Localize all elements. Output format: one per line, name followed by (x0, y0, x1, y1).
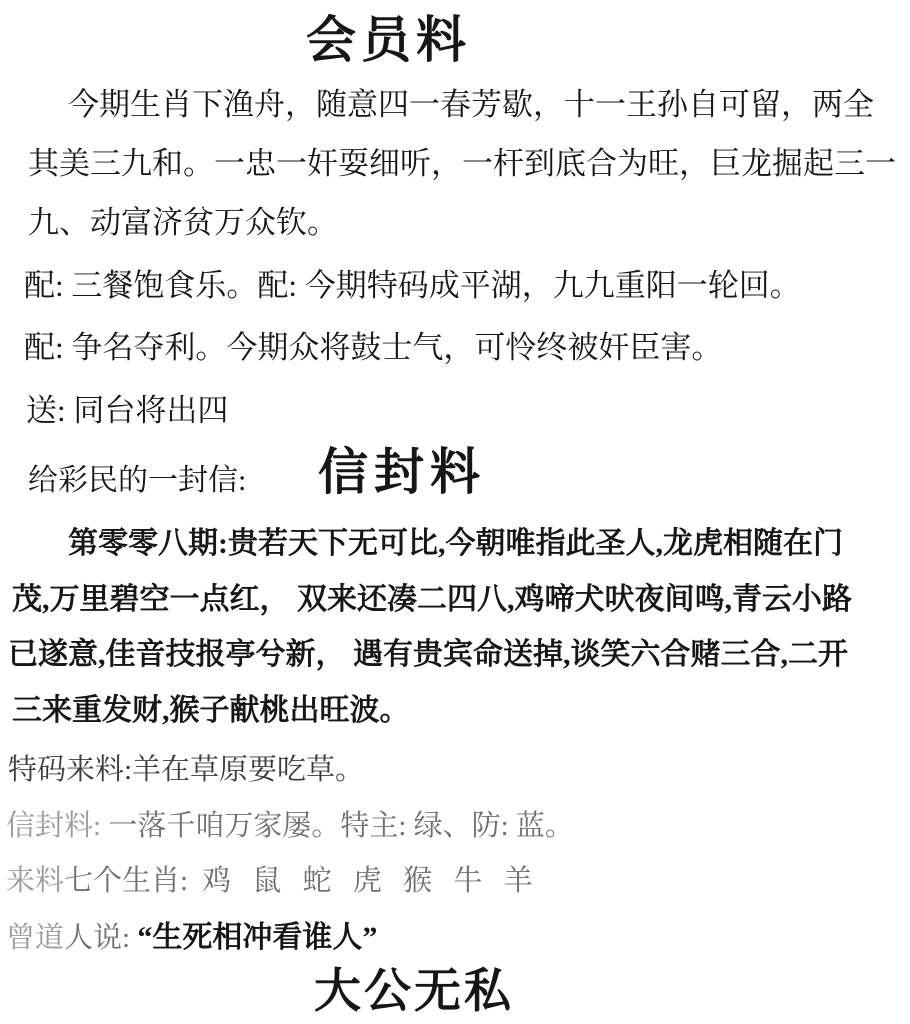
envelope-poem-line-1: 第零零八期:贵若天下无可比,今朝唯指此圣人,龙虎相随在门 (68, 526, 843, 562)
speaker-label: 人说: (64, 922, 137, 954)
envelope-poem-line-3: 已遂意,佳音技报亭兮新， 遇有贵宾命送掉,谈笑六合赌三合,二开 (8, 637, 848, 673)
member-poem-line-3: 九、动富济贫万众钦。 (28, 204, 338, 241)
zodiac-label: 七个生肖: (64, 865, 188, 897)
zodiac-faint-prefix: 来料 (6, 865, 64, 897)
envelope-poem-line-4: 三来重发财,猴子献桃出旺波。 (12, 693, 410, 729)
speaker-quote: “生死相冲看谁人” (137, 921, 377, 954)
xinfeng-line: 信封料: 一落千咱万家屡。特主: 绿、防: 蓝。 (6, 809, 574, 844)
member-poem-line-2: 其美三九和。一忠一奸耍细听，一杆到底合为旺，巨龙掘起三一 (28, 145, 896, 182)
envelope-intro-label: 给彩民的一封信: (28, 463, 246, 499)
zodiac-animals: 鸡 鼠 蛇 虎 猴 牛 羊 (202, 865, 533, 897)
footer-title: 大公无私 (314, 964, 514, 1020)
envelope-section-title: 信封料 (318, 442, 486, 502)
xinfeng-faint-prefix: 信封料: (6, 810, 108, 842)
envelope-poem-line-2: 茂,万里碧空一点红， 双来还凑二四八,鸡啼犬吠夜间鸣,青云小路 (12, 582, 852, 618)
pei-line-2: 配: 争名夺利。今期众将鼓士气，可怜终被奸臣害。 (24, 329, 722, 366)
tema-line: 特码来料:羊在草原要吃草。 (8, 753, 364, 788)
member-poem-line-1: 今期生肖下渔舟，随意四一春芳歇，十一王孙自可留，两全 (68, 86, 874, 123)
member-section-title: 会员料 (306, 10, 471, 70)
speaker-line: 曾道人说: “生死相冲看谁人” (6, 920, 377, 956)
speaker-faint-prefix: 曾道 (6, 922, 64, 954)
pei-line-1: 配: 三餐饱食乐。配: 今期特码成平湖，九九重阳一轮回。 (24, 267, 801, 304)
scanned-lottery-tip-sheet: 会员料 今期生肖下渔舟，随意四一春芳歇，十一王孙自可留，两全 其美三九和。一忠一… (0, 0, 910, 1024)
zodiac-line: 来料七个生肖:鸡 鼠 蛇 虎 猴 牛 羊 (6, 864, 533, 899)
song-line: 送: 同台将出四 (26, 392, 228, 429)
xinfeng-line-text: 一落千咱万家屡。特主: 绿、防: 蓝。 (108, 810, 574, 842)
